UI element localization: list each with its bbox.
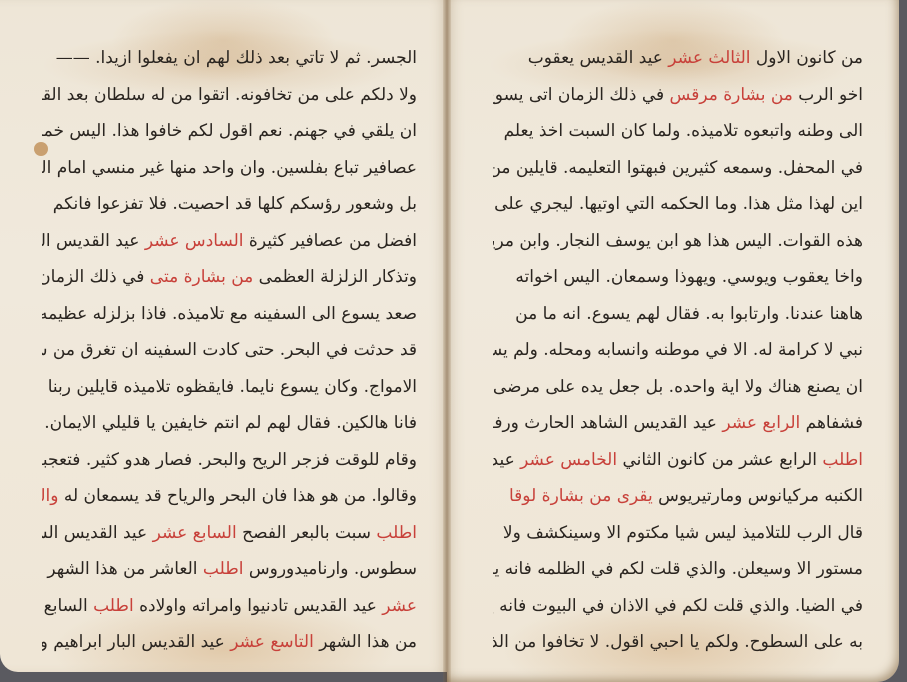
body-text: عيد القديس الشاهد الحارث ورفقته [493, 413, 722, 433]
rubric-text: الرابع عشر [722, 413, 800, 433]
text-line: به على السطوح. ولكم يا احبي اقول. لا تخا… [493, 624, 863, 661]
text-line: اطلب سبت بالبعر الفصح السابع عشر عيد الق… [42, 515, 417, 552]
body-text: عيد القديس الشاهد ديونيسيوس [42, 231, 145, 251]
text-line: سطوس. وارناميدوروس اطلب العاشر من هذا ال… [42, 551, 417, 588]
body-text: به على السطوح. ولكم يا احبي اقول. لا تخا… [493, 632, 863, 652]
text-line: قد حدثت في البحر. حتى كادت السفينه ان تغ… [42, 332, 417, 369]
body-text: ولا دلكم على من تخافونه. اتقوا من له سلط… [42, 85, 417, 105]
body-text: سبت بالبعر الفصح [237, 523, 377, 543]
body-text: عيد القديس تادنيوا وامراته واولاده [134, 596, 383, 616]
text-line: وقالوا. من هو هذا فان البحر والرياح قد ي… [42, 478, 417, 515]
body-text: العاشر من هذا الشهر [42, 559, 203, 579]
body-text: الى وطنه واتبعوه تلاميذه. ولما كان السبت… [504, 121, 863, 141]
text-line: نبي لا كرامة له. الا في موطنه وانسابه وم… [493, 332, 863, 369]
text-line: صعد يسوع الى السفينه مع تلاميذه. فاذا بز… [42, 296, 417, 333]
right-page-text: من كانون الاول الثالث عشر عيد القديس يعق… [493, 40, 863, 661]
text-line: الى وطنه واتبعوه تلاميذه. ولما كان السبت… [493, 113, 863, 150]
body-text: في الضيا. والذي قلت لكم في الاذان في الب… [493, 596, 863, 616]
body-text: عيد القديس يعقوب [528, 48, 669, 68]
text-line: من كانون الاول الثالث عشر عيد القديس يعق… [493, 40, 863, 77]
body-text: اخو الرب [793, 85, 863, 105]
text-line: عصافير تباع بفلسين. وان واحد منها غير من… [42, 150, 417, 187]
text-line: اخو الرب من بشارة مرقس في ذلك الزمان اتى… [493, 77, 863, 114]
rubric-text: من بشارة مرقس [670, 85, 793, 105]
book-gutter [443, 0, 451, 682]
body-text: من هذا الشهر [314, 632, 417, 652]
body-text: الكنبه مركيانوس ومارتيريوس [653, 486, 863, 506]
body-text: اين لهذا مثل هذا. وما الحكمه التي اوتيها… [493, 194, 863, 214]
text-line: فشفاهم الرابع عشر عيد القديس الشاهد الحا… [493, 405, 863, 442]
rubric-text: عشر [382, 596, 417, 616]
rubric-text: السابع عشر [153, 523, 237, 543]
text-line: عشر عيد القديس تادنيوا وامراته واولاده ا… [42, 588, 417, 625]
body-text: وقام للوقت فزجر الريح والبحر. فصار هدو ك… [42, 450, 417, 470]
text-line: من هذا الشهر التاسع عشر عيد القديس البار… [42, 624, 417, 661]
rubric-text: اطلب [376, 523, 417, 543]
body-text: صعد يسوع الى السفينه مع تلاميذه. فاذا بز… [42, 304, 417, 324]
text-line: فانا هالكين. فقال لهم لم انتم خايفين يا … [42, 405, 417, 442]
body-text: عيد القديس البار ابراهيم والقديسه [42, 632, 230, 652]
rubric-text: والقديس [42, 486, 58, 506]
text-line: الامواج. وكان يسوع نايما. فايقظوه تلاميذ… [42, 369, 417, 406]
manuscript-spread: الجسر. ثم لا تاتي بعد ذلك لهم ان يفعلوا … [0, 0, 907, 682]
text-line: بل وشعور رؤسكم كلها قد احصيت. فلا تفزعوا… [42, 186, 417, 223]
body-text: بل وشعور رؤسكم كلها قد احصيت. فلا تفزعوا… [53, 194, 417, 214]
body-text: واخا يعقوب ويوسي. ويهوذا وسمعان. اليس اخ… [515, 267, 863, 287]
body-text: السابع [44, 596, 93, 616]
body-text: سطوس. وارناميدوروس [243, 559, 417, 579]
text-line: الكنبه مركيانوس ومارتيريوس يقرى من بشارة… [493, 478, 863, 515]
text-line: مستور الا وسيعلن. والذي قلت لكم في الظلم… [493, 551, 863, 588]
body-text: نبي لا كرامة له. الا في موطنه وانسابه وم… [493, 340, 863, 360]
body-text: الجسر. ثم لا تاتي بعد ذلك لهم ان يفعلوا … [56, 48, 417, 68]
rubric-text: يقرى من بشارة لوقا [509, 486, 653, 506]
text-line: ولا دلكم على من تخافونه. اتقوا من له سلط… [42, 77, 417, 114]
body-text: افضل من عصافير كثيرة [244, 231, 417, 251]
body-text: الرابع عشر من كانون الثاني [617, 450, 822, 470]
body-text: ان يصنع هناك ولا اية واحده. بل جعل يده ع… [493, 377, 863, 397]
body-text: مستور الا وسيعلن. والذي قلت لكم في الظلم… [493, 559, 863, 579]
text-line: في الضيا. والذي قلت لكم في الاذان في الب… [493, 588, 863, 625]
body-text: عيد القديس الشاهد [42, 523, 153, 543]
text-line: اطلب الرابع عشر من كانون الثاني الخامس ع… [493, 442, 863, 479]
body-text: هاهنا عندنا. وارتابوا به. فقال لهم يسوع.… [515, 304, 863, 324]
text-line: هذه القوات. اليس هذا هو ابن يوسف النجار.… [493, 223, 863, 260]
left-page: الجسر. ثم لا تاتي بعد ذلك لهم ان يفعلوا … [0, 0, 447, 672]
body-text: عيد القديس [493, 450, 520, 470]
text-line: قال الرب للتلاميذ ليس شيا مكتوم الا وسين… [493, 515, 863, 552]
text-line: ان يلقي في جهنم. نعم اقول لكم خافوا هذا.… [42, 113, 417, 150]
left-page-text: الجسر. ثم لا تاتي بعد ذلك لهم ان يفعلوا … [42, 40, 417, 661]
rubric-text: التاسع عشر [230, 632, 314, 652]
rubric-text: اطلب [203, 559, 244, 579]
body-text: في المحفل. وسمعه كثيرين فبهتوا التعليمه.… [493, 158, 863, 178]
text-line: واخا يعقوب ويوسي. ويهوذا وسمعان. اليس اخ… [493, 259, 863, 296]
text-line: ان يصنع هناك ولا اية واحده. بل جعل يده ع… [493, 369, 863, 406]
text-line: في المحفل. وسمعه كثيرين فبهتوا التعليمه.… [493, 150, 863, 187]
body-text: قال الرب للتلاميذ ليس شيا مكتوم الا وسين… [503, 523, 863, 543]
text-line: افضل من عصافير كثيرة السادس عشر عيد القد… [42, 223, 417, 260]
rubric-text: الثالث عشر [668, 48, 750, 68]
rubric-text: من بشارة متى [150, 267, 253, 287]
right-page: من كانون الاول الثالث عشر عيد القديس يعق… [447, 0, 899, 682]
body-text: قد حدثت في البحر. حتى كادت السفينه ان تغ… [42, 340, 417, 360]
body-text: وقالوا. من هو هذا فان البحر والرياح قد ي… [58, 486, 417, 506]
body-text: في ذلك الزمان اتى يسوع [493, 85, 670, 105]
text-line: وقام للوقت فزجر الريح والبحر. فصار هدو ك… [42, 442, 417, 479]
body-text: عصافير تباع بفلسين. وان واحد منها غير من… [42, 158, 417, 178]
rubric-text: السادس عشر [145, 231, 244, 251]
body-text: في ذلك الزمان لما [42, 267, 150, 287]
body-text: هذه القوات. اليس هذا هو ابن يوسف النجار.… [493, 231, 863, 251]
text-line: اين لهذا مثل هذا. وما الحكمه التي اوتيها… [493, 186, 863, 223]
body-text: فشفاهم [800, 413, 863, 433]
body-text: فانا هالكين. فقال لهم لم انتم خايفين يا … [44, 413, 417, 433]
rubric-text: الخامس عشر [520, 450, 617, 470]
body-text: من كانون الاول [750, 48, 863, 68]
rubric-text: اطلب [93, 596, 134, 616]
text-line: وتذكار الزلزلة العظمى من بشارة متى في ذل… [42, 259, 417, 296]
body-text: وتذكار الزلزلة العظمى [253, 267, 417, 287]
text-line: الجسر. ثم لا تاتي بعد ذلك لهم ان يفعلوا … [42, 40, 417, 77]
body-text: ان يلقي في جهنم. نعم اقول لكم خافوا هذا.… [42, 121, 417, 141]
rubric-text: اطلب [822, 450, 863, 470]
body-text: الامواج. وكان يسوع نايما. فايقظوه تلاميذ… [42, 377, 417, 397]
text-line: هاهنا عندنا. وارتابوا به. فقال لهم يسوع.… [493, 296, 863, 333]
